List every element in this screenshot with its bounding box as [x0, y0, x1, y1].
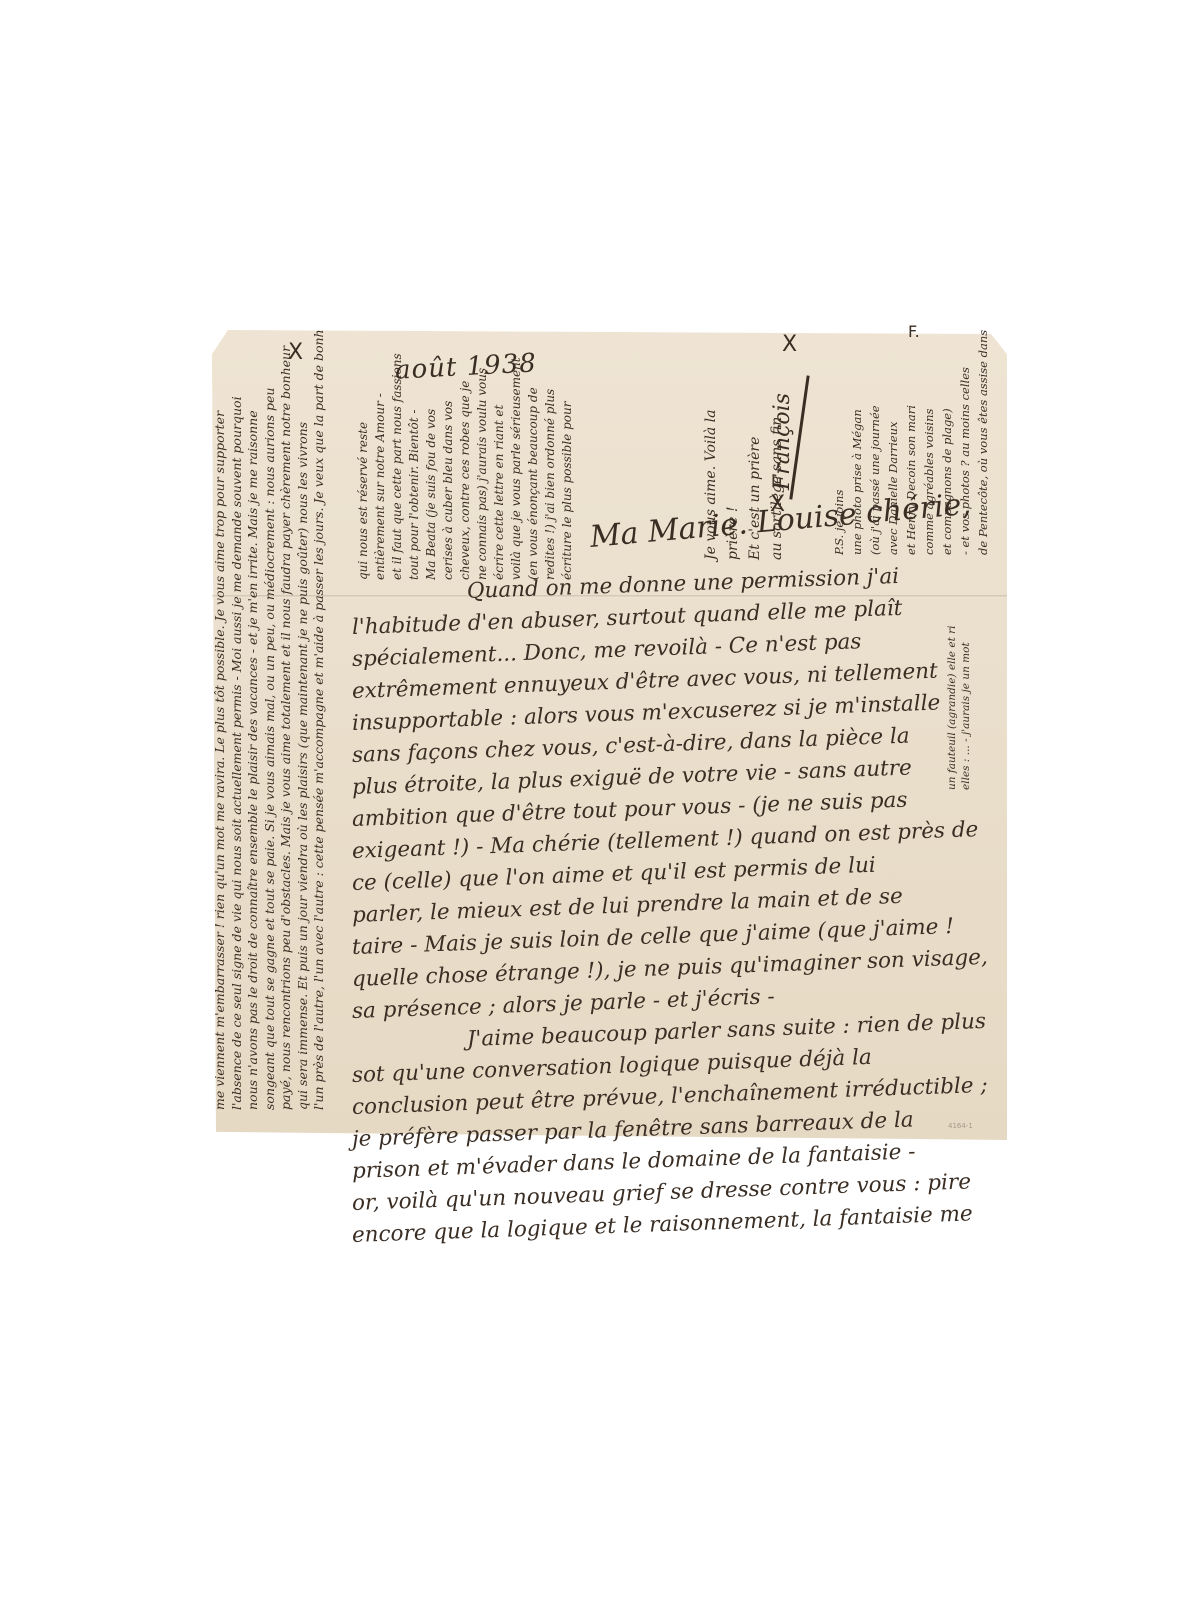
margin-line: l'absence de ce seul signe de vie qui no…	[229, 330, 246, 1110]
archive-number: 4164-1	[948, 1122, 973, 1130]
margin-line: l'un près de l'autre, l'un avec l'autre …	[311, 330, 328, 1110]
ps-line: et Henry Decoin son mari	[902, 325, 920, 555]
top-vertical-text: qui nous est réservé reste entièrement s…	[355, 330, 570, 580]
ps-line: - et vos photos ? au moins celles	[956, 325, 974, 555]
ps-line: avec Danielle Darrieux	[884, 325, 902, 555]
vertical-line: redites !) j'ai bien ordonné plus	[542, 330, 559, 580]
ps-line: de Pentecôte, où vous êtes assise dans	[974, 325, 992, 555]
margin-line: qui sera immense. Et puis un jour viendr…	[295, 330, 312, 1110]
vertical-line: écrire cette lettre en riant et	[491, 330, 508, 580]
vertical-line: et il faut que cette part nous fassions	[389, 330, 406, 580]
ps-line: et compagnons de plage)	[938, 325, 956, 555]
margin-line: me viennent m'embarrasser ! rien qu'un m…	[212, 330, 229, 1110]
vertical-line: Ma Beata (je suis fou de vos	[423, 330, 440, 580]
closing-line: prière !	[722, 340, 744, 560]
edge-note-vertical-text: un fauteuil (agrandie) elle et ri elles …	[945, 580, 995, 790]
closing-line: Je vous aime. Voilà la	[700, 340, 722, 560]
edge-note-line: elles : ... - j'aurais je un mot	[959, 580, 973, 790]
ps-line: comme agréables voisins	[920, 325, 938, 555]
ps-line: (où j'ai passé une journée	[866, 325, 884, 555]
closing-line: Et c'est un prière	[744, 340, 766, 560]
vertical-line: écriture le plus possible pour	[559, 330, 576, 580]
edge-note-line: un fauteuil (agrandie) elle et ri	[945, 580, 959, 790]
margin-line: nous n'avons pas le droit de connaître e…	[245, 330, 262, 1110]
vertical-line: ne connais pas) j'aurais voulu vous	[474, 330, 491, 580]
closing-vertical-text: Je vous aime. Voilà la prière ! Et c'est…	[700, 340, 820, 560]
x-mark: X	[288, 340, 303, 365]
vertical-line: cheveux, contre ces robes que je	[457, 330, 474, 580]
vertical-line: entièrement sur notre Amour -	[372, 330, 389, 580]
left-margin-vertical-text: me viennent m'embarrasser ! rien qu'un m…	[212, 330, 347, 1110]
ps-line: P.S. je joins	[830, 325, 848, 555]
x-mark: X	[782, 332, 797, 357]
vertical-line: voilà que je vous parle sérieusement	[508, 330, 525, 580]
vertical-line: qui nous est réservé reste	[355, 330, 372, 580]
signature: François	[770, 393, 795, 490]
vertical-line: (en vous énonçant beaucoup de	[525, 330, 542, 580]
x-mark: X	[770, 492, 785, 517]
postscript-vertical-text: P.S. je joins une photo prise à Mégan (o…	[830, 325, 1000, 555]
margin-line: payé, nous rencontrions peu d'obstacles.…	[278, 330, 295, 1110]
margin-line: songeant que tout se gagne et tout se pa…	[262, 330, 279, 1110]
letter-body: Quand on me donne une permission j'ai l'…	[352, 580, 992, 1252]
vertical-line: cerises à cuber bleu dans vos	[440, 330, 457, 580]
ps-line: une photo prise à Mégan	[848, 325, 866, 555]
vertical-line: tout pour l'obtenir. Bientôt -	[406, 330, 423, 580]
